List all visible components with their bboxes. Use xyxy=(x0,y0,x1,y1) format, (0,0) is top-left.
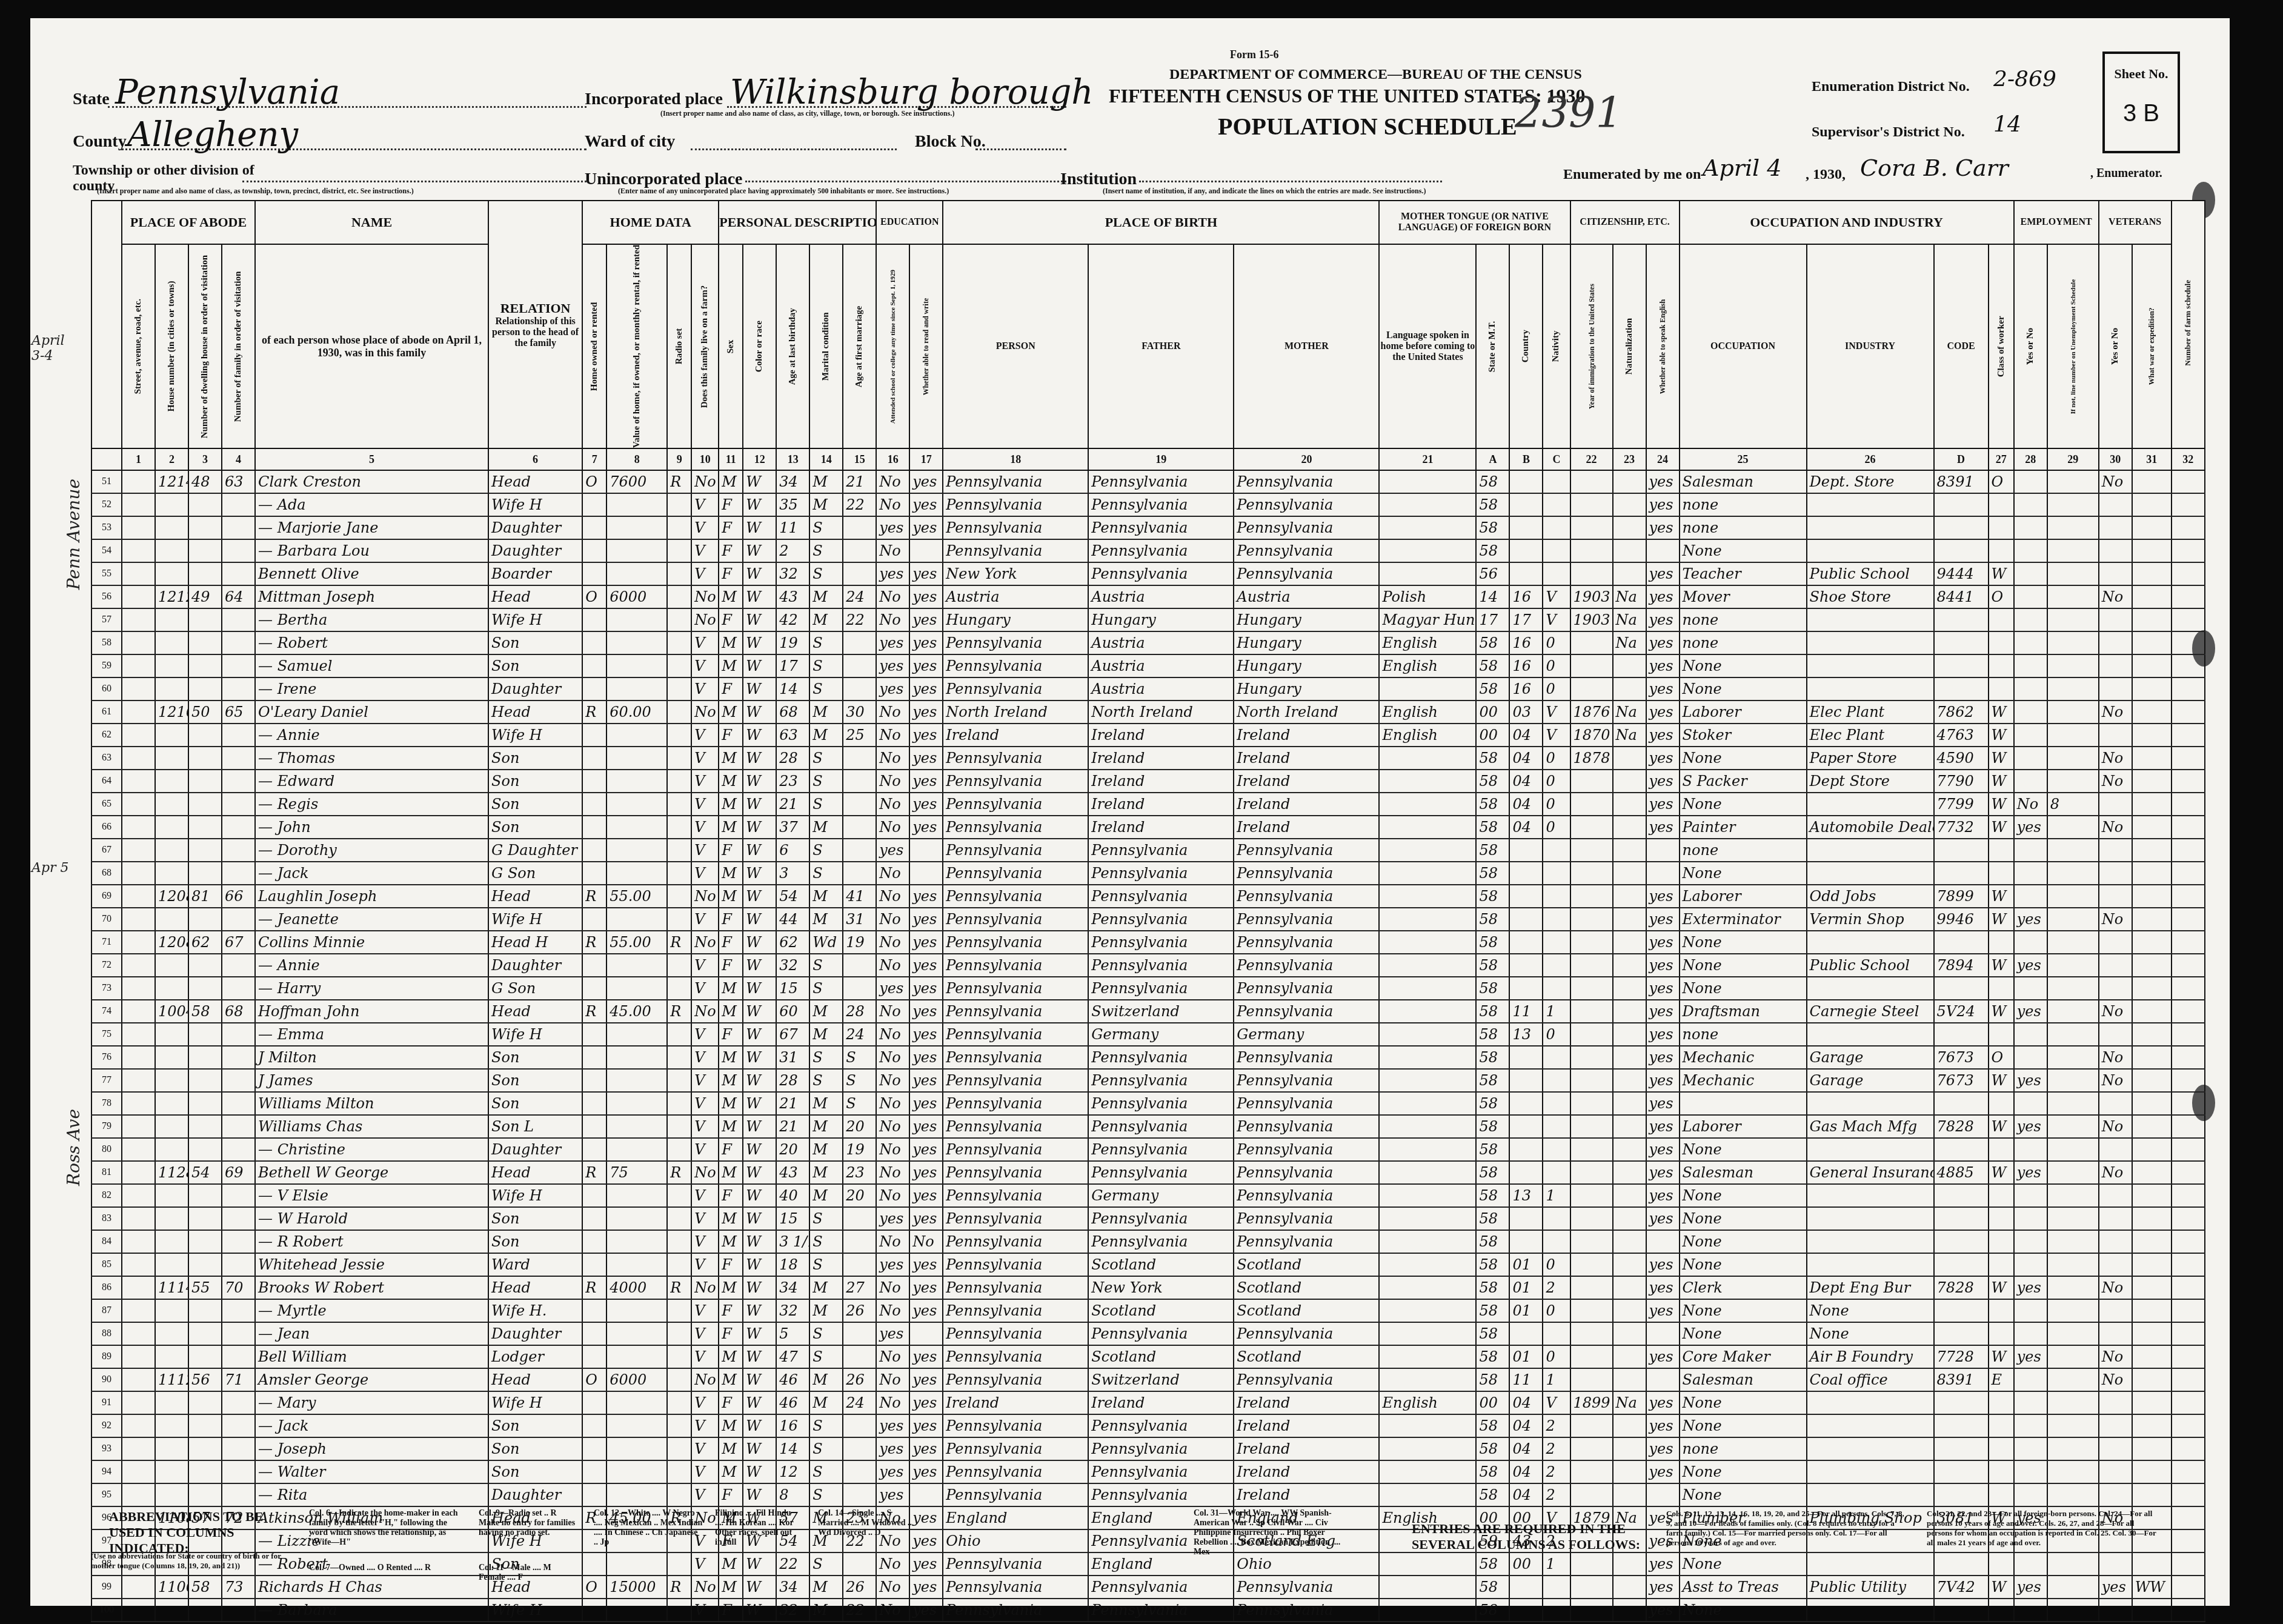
cell-industry: Carnegie Steel xyxy=(1807,1000,1934,1023)
ward-label: Ward of city xyxy=(585,132,675,151)
cell-house: 1208 xyxy=(155,931,188,954)
cell-bp-mother: Hungary xyxy=(1234,654,1379,677)
cell-tongue: English xyxy=(1379,701,1476,724)
cell-industry xyxy=(1807,1092,1934,1115)
cell-industry xyxy=(1807,631,1934,654)
cell-work xyxy=(2014,885,2047,908)
cell-read: yes xyxy=(909,1345,943,1368)
cell-war xyxy=(2132,1115,2172,1138)
cell-war xyxy=(2132,631,2172,654)
cell-house xyxy=(155,1437,188,1460)
col-value: Value of home, if owned, or monthly rent… xyxy=(606,244,667,448)
cell-radio xyxy=(667,1207,691,1230)
cell-code-a: 58 xyxy=(1476,1437,1509,1460)
cell-code-a: 58 xyxy=(1476,1299,1509,1322)
census-sheet: State Pennsylvania County Allegheny Town… xyxy=(30,18,2230,1606)
cell-immig xyxy=(1570,931,1613,954)
cell-race: W xyxy=(743,724,776,747)
cell-radio xyxy=(667,816,691,839)
cell-owned xyxy=(582,631,606,654)
cell-marital: M xyxy=(809,724,843,747)
cell-family xyxy=(222,1069,255,1092)
cell-dwelling xyxy=(188,1184,222,1207)
cell-street xyxy=(122,724,155,747)
cell-sex: M xyxy=(719,1046,743,1069)
cell-english: yes xyxy=(1646,585,1680,608)
group-occupation: OCCUPATION AND INDUSTRY xyxy=(1680,201,2014,244)
cell-vet: No xyxy=(2099,585,2132,608)
cell-relation: Son xyxy=(488,1092,582,1115)
cell-value xyxy=(606,1253,667,1276)
line-number: 75 xyxy=(91,1023,122,1046)
cell-relation: Ward xyxy=(488,1253,582,1276)
cell-bp-mother: Pennsylvania xyxy=(1234,516,1379,539)
cell-code-a: 58 xyxy=(1476,1230,1509,1253)
cell-code-d xyxy=(1934,1092,1989,1115)
cell-code-b: 04 xyxy=(1509,793,1543,816)
cell-age: 40 xyxy=(776,1184,809,1207)
cell-house xyxy=(155,608,188,631)
cell-age: 34 xyxy=(776,470,809,493)
column-number: 14 xyxy=(809,448,843,470)
cell-marital: S xyxy=(809,1414,843,1437)
cell-farm: V xyxy=(691,539,719,562)
cell-code-a: 58 xyxy=(1476,977,1509,1000)
cell-work: yes xyxy=(2014,1069,2047,1092)
cell-age: 43 xyxy=(776,585,809,608)
line-col-header xyxy=(91,201,122,448)
cell-class: W xyxy=(1989,793,2014,816)
cell-work xyxy=(2014,862,2047,885)
cell-code-d: 7790 xyxy=(1934,770,1989,793)
cell-english: yes xyxy=(1646,724,1680,747)
cell-bp-father: Pennsylvania xyxy=(1088,1230,1234,1253)
group-relation: RELATIONRelationship of this person to t… xyxy=(488,201,582,448)
cell-code-d xyxy=(1934,1253,1989,1276)
cell-marital: S xyxy=(809,977,843,1000)
cell-name: — Walter xyxy=(255,1460,488,1483)
cell-value xyxy=(606,1414,667,1437)
cell-occupation: Laborer xyxy=(1680,701,1807,724)
cell-race: W xyxy=(743,1207,776,1230)
cell-tongue xyxy=(1379,1345,1476,1368)
cell-relation: Daughter xyxy=(488,677,582,701)
cell-sex: F xyxy=(719,839,743,862)
cell-code-c: 1 xyxy=(1543,1000,1570,1023)
cell-read: yes xyxy=(909,1299,943,1322)
cell-age-marr xyxy=(843,747,876,770)
cell-vet xyxy=(2099,1391,2132,1414)
cell-sex: F xyxy=(719,1391,743,1414)
cell-work xyxy=(2014,1184,2047,1207)
cell-bp-father: Pennsylvania xyxy=(1088,1161,1234,1184)
table-row: 80— ChristineDaughterVFW20M19NoyesPennsy… xyxy=(91,1138,2229,1161)
cell-farm-sched xyxy=(2172,931,2205,954)
census-rows: 5112144863Clark CrestonHeadO7600RNoMW34M… xyxy=(91,470,2229,1622)
cell-read: yes xyxy=(909,1460,943,1483)
cell-value: 6000 xyxy=(606,585,667,608)
cell-dwelling xyxy=(188,516,222,539)
cell-class xyxy=(1989,1391,2014,1414)
cell-age-marr xyxy=(843,977,876,1000)
cell-code-c xyxy=(1543,539,1570,562)
line-number: 56 xyxy=(91,585,122,608)
cell-street xyxy=(122,885,155,908)
cell-immig xyxy=(1570,1092,1613,1115)
cell-house xyxy=(155,1184,188,1207)
line-number: 59 xyxy=(91,654,122,677)
cell-code-a: 58 xyxy=(1476,1161,1509,1184)
cell-family xyxy=(222,1207,255,1230)
cell-english: yes xyxy=(1646,516,1680,539)
cell-unemp xyxy=(2047,839,2099,862)
cell-bp-mother: Ireland xyxy=(1234,793,1379,816)
col-house: House number (in cities or towns) xyxy=(155,244,188,448)
cell-vet xyxy=(2099,1023,2132,1046)
cell-school: No xyxy=(876,1391,909,1414)
cell-code-d xyxy=(1934,1391,1989,1414)
cell-street xyxy=(122,608,155,631)
cell-bp-person: Pennsylvania xyxy=(943,839,1088,862)
table-row: 82— V ElsieWife HVFW40M20NoyesPennsylvan… xyxy=(91,1184,2229,1207)
cell-industry xyxy=(1807,1460,1934,1483)
col-street: Street, avenue, road, etc. xyxy=(122,244,155,448)
cell-code-b: 01 xyxy=(1509,1276,1543,1299)
cell-farm-sched xyxy=(2172,885,2205,908)
cell-immig xyxy=(1570,562,1613,585)
cell-occupation xyxy=(1680,1092,1807,1115)
cell-bp-mother: Hungary xyxy=(1234,608,1379,631)
cell-name: — Annie xyxy=(255,724,488,747)
cell-occupation: None xyxy=(1680,677,1807,701)
cell-street xyxy=(122,654,155,677)
cell-age: 28 xyxy=(776,747,809,770)
cell-farm: V xyxy=(691,631,719,654)
cell-marital: M xyxy=(809,1184,843,1207)
cell-code-d xyxy=(1934,1322,1989,1345)
cell-relation: Son xyxy=(488,793,582,816)
cell-unemp xyxy=(2047,1138,2099,1161)
margin-note-date-1: April 3-4 xyxy=(32,333,68,364)
cell-tongue xyxy=(1379,747,1476,770)
cell-family xyxy=(222,839,255,862)
cell-unemp xyxy=(2047,1000,2099,1023)
cell-radio xyxy=(667,562,691,585)
cell-vet: No xyxy=(2099,1115,2132,1138)
cell-relation: Daughter xyxy=(488,954,582,977)
cell-owned xyxy=(582,1046,606,1069)
cell-war xyxy=(2132,1345,2172,1368)
cell-tongue xyxy=(1379,1253,1476,1276)
cell-bp-mother: Pennsylvania xyxy=(1234,493,1379,516)
cell-sex: M xyxy=(719,654,743,677)
cell-vet: No xyxy=(2099,747,2132,770)
column-number: 7 xyxy=(582,448,606,470)
cell-read: yes xyxy=(909,1599,943,1622)
cell-industry xyxy=(1807,1138,1934,1161)
sheet-value: 3 B xyxy=(2105,100,2178,127)
cell-natur: Na xyxy=(1613,724,1646,747)
cell-bp-mother: Pennsylvania xyxy=(1234,1184,1379,1207)
cell-class: E xyxy=(1989,1368,2014,1391)
cell-farm: V xyxy=(691,654,719,677)
stamp-number: 2391 xyxy=(1515,88,1623,138)
cell-vet xyxy=(2099,793,2132,816)
cell-race: W xyxy=(743,1046,776,1069)
cell-vet xyxy=(2099,724,2132,747)
cell-farm-sched xyxy=(2172,539,2205,562)
cell-bp-father: Pennsylvania xyxy=(1088,539,1234,562)
sheet-label: Sheet No. xyxy=(2105,66,2178,82)
col-code-d: CODE xyxy=(1934,244,1989,448)
cell-bp-mother: Scotland xyxy=(1234,1276,1379,1299)
column-number: 22 xyxy=(1570,448,1613,470)
cell-bp-person: Ireland xyxy=(943,724,1088,747)
cell-name: Mittman Joseph xyxy=(255,585,488,608)
cell-farm-sched xyxy=(2172,1161,2205,1184)
cell-school: No xyxy=(876,747,909,770)
cell-dwelling xyxy=(188,1437,222,1460)
cell-occupation: None xyxy=(1680,793,1807,816)
cell-radio: R xyxy=(667,1161,691,1184)
col-tongue: Language spoken in home before coming to… xyxy=(1379,244,1476,448)
cell-sex: M xyxy=(719,585,743,608)
table-row: 91— MaryWife HVFW46M24NoyesIrelandIrelan… xyxy=(91,1391,2229,1414)
cell-unemp xyxy=(2047,1345,2099,1368)
cell-war xyxy=(2132,1322,2172,1345)
cell-immig xyxy=(1570,1184,1613,1207)
cell-read: yes xyxy=(909,1000,943,1023)
cell-age: 60 xyxy=(776,1000,809,1023)
cell-occupation: Mover xyxy=(1680,585,1807,608)
cell-dwelling: 49 xyxy=(188,585,222,608)
cell-unemp xyxy=(2047,1115,2099,1138)
cell-code-c xyxy=(1543,1322,1570,1345)
abbrev-note: (Use no abbreviations for State or count… xyxy=(91,1551,297,1571)
cell-bp-mother: Pennsylvania xyxy=(1234,1115,1379,1138)
cell-code-c xyxy=(1543,862,1570,885)
col-read: Whether able to read and write xyxy=(909,244,943,448)
cell-house xyxy=(155,747,188,770)
cell-relation: Wife H xyxy=(488,493,582,516)
cell-occupation: Laborer xyxy=(1680,885,1807,908)
cell-war xyxy=(2132,562,2172,585)
cell-farm: No xyxy=(691,608,719,631)
cell-tongue xyxy=(1379,1000,1476,1023)
cell-age-marr: 28 xyxy=(843,1000,876,1023)
cell-owned xyxy=(582,516,606,539)
ward-line xyxy=(691,148,897,150)
cell-bp-mother: Hungary xyxy=(1234,677,1379,701)
cell-farm-sched xyxy=(2172,1299,2205,1322)
cell-unemp xyxy=(2047,1253,2099,1276)
cell-natur xyxy=(1613,1161,1646,1184)
cell-english: yes xyxy=(1646,677,1680,701)
cell-industry xyxy=(1807,1414,1934,1437)
cell-house xyxy=(155,539,188,562)
cell-immig xyxy=(1570,1000,1613,1023)
column-number: 13 xyxy=(776,448,809,470)
cell-bp-person: Pennsylvania xyxy=(943,747,1088,770)
cell-industry: General Insurance Co xyxy=(1807,1161,1934,1184)
cell-radio xyxy=(667,1299,691,1322)
cell-relation: Head xyxy=(488,470,582,493)
line-number: 72 xyxy=(91,954,122,977)
cell-immig xyxy=(1570,1161,1613,1184)
cell-code-b xyxy=(1509,908,1543,931)
table-row: 59— SamuelSonVMW17SyesyesPennsylvaniaAus… xyxy=(91,654,2229,677)
table-row: 9011125671Amsler GeorgeHeadO6000NoMW46M2… xyxy=(91,1368,2229,1391)
cell-occupation: none xyxy=(1680,631,1807,654)
cell-value xyxy=(606,1599,667,1622)
cell-owned xyxy=(582,770,606,793)
cell-english: yes xyxy=(1646,1599,1680,1622)
cell-work xyxy=(2014,1391,2047,1414)
cell-marital: M xyxy=(809,1599,843,1622)
cell-bp-mother: Ireland xyxy=(1234,1414,1379,1437)
cell-english: yes xyxy=(1646,954,1680,977)
cell-sex: M xyxy=(719,793,743,816)
margin-note-date-2: Apr 5 xyxy=(32,860,68,876)
cell-age-marr: 26 xyxy=(843,1299,876,1322)
cell-work xyxy=(2014,493,2047,516)
cell-work: yes xyxy=(2014,1000,2047,1023)
cell-code-b: 04 xyxy=(1509,1437,1543,1460)
cell-english: yes xyxy=(1646,770,1680,793)
cell-relation: Lodger xyxy=(488,1345,582,1368)
cell-family xyxy=(222,1345,255,1368)
cell-bp-father: Pennsylvania xyxy=(1088,516,1234,539)
cell-unemp xyxy=(2047,1299,2099,1322)
cell-class xyxy=(1989,631,2014,654)
cell-work xyxy=(2014,931,2047,954)
cell-value xyxy=(606,1207,667,1230)
cell-name: — Mary xyxy=(255,1391,488,1414)
cell-race: W xyxy=(743,608,776,631)
cell-owned xyxy=(582,1391,606,1414)
cell-vet: No xyxy=(2099,1069,2132,1092)
cell-age: 6 xyxy=(776,839,809,862)
cell-value: 55.00 xyxy=(606,931,667,954)
cell-tongue xyxy=(1379,816,1476,839)
cell-bp-father: Pennsylvania xyxy=(1088,885,1234,908)
cell-radio xyxy=(667,1115,691,1138)
cell-tongue xyxy=(1379,1437,1476,1460)
cell-family xyxy=(222,1299,255,1322)
cell-code-b: 11 xyxy=(1509,1368,1543,1391)
cell-age-marr: 22 xyxy=(843,1599,876,1622)
cell-age-marr xyxy=(843,1345,876,1368)
cell-race: W xyxy=(743,1437,776,1460)
line-number: 78 xyxy=(91,1092,122,1115)
cell-vet xyxy=(2099,1460,2132,1483)
cell-occupation: None xyxy=(1680,1184,1807,1207)
cell-occupation: None xyxy=(1680,1391,1807,1414)
cell-relation: Son L xyxy=(488,1115,582,1138)
cell-vet xyxy=(2099,1322,2132,1345)
cell-unemp xyxy=(2047,977,2099,1000)
cell-unemp xyxy=(2047,585,2099,608)
cell-sex: F xyxy=(719,516,743,539)
cell-code-a: 58 xyxy=(1476,470,1509,493)
cell-work xyxy=(2014,1414,2047,1437)
cell-marital: M xyxy=(809,493,843,516)
cell-bp-father: Pennsylvania xyxy=(1088,862,1234,885)
cell-read: yes xyxy=(909,608,943,631)
cell-street xyxy=(122,1276,155,1299)
cell-farm: No xyxy=(691,1276,719,1299)
cell-farm-sched xyxy=(2172,1368,2205,1391)
cell-street xyxy=(122,470,155,493)
cell-value xyxy=(606,493,667,516)
cell-work xyxy=(2014,1138,2047,1161)
cell-war xyxy=(2132,770,2172,793)
cell-age: 54 xyxy=(776,885,809,908)
cell-code-a: 58 xyxy=(1476,1599,1509,1622)
cell-bp-father: Ireland xyxy=(1088,747,1234,770)
cell-house: 1210 xyxy=(155,701,188,724)
cell-age-marr: 24 xyxy=(843,1023,876,1046)
column-number: 10 xyxy=(691,448,719,470)
cell-bp-person: Pennsylvania xyxy=(943,1253,1088,1276)
cell-immig xyxy=(1570,885,1613,908)
cell-unemp xyxy=(2047,770,2099,793)
table-row: 73— HarryG SonVMW15SyesyesPennsylvaniaPe… xyxy=(91,977,2229,1000)
cell-age-marr: 24 xyxy=(843,1391,876,1414)
cell-relation: Son xyxy=(488,1207,582,1230)
col-bp-mother: MOTHER xyxy=(1234,244,1379,448)
cell-code-b: 04 xyxy=(1509,1391,1543,1414)
cell-owned xyxy=(582,493,606,516)
cell-unemp xyxy=(2047,470,2099,493)
cell-war xyxy=(2132,677,2172,701)
department: DEPARTMENT OF COMMERCE—BUREAU OF THE CEN… xyxy=(1169,67,1582,83)
cell-immig xyxy=(1570,1414,1613,1437)
cell-marital: S xyxy=(809,862,843,885)
cell-farm-sched xyxy=(2172,654,2205,677)
cell-farm-sched xyxy=(2172,1230,2205,1253)
cell-english: yes xyxy=(1646,747,1680,770)
cell-owned xyxy=(582,1599,606,1622)
line-number: 58 xyxy=(91,631,122,654)
cell-class: W xyxy=(1989,885,2014,908)
cell-radio xyxy=(667,608,691,631)
col-age: Age at last birthday xyxy=(776,244,809,448)
col-age-marriage: Age at first marriage xyxy=(843,244,876,448)
cell-code-d: 7673 xyxy=(1934,1046,1989,1069)
cell-code-b: 04 xyxy=(1509,1414,1543,1437)
cell-age: 14 xyxy=(776,677,809,701)
column-number: 31 xyxy=(2132,448,2172,470)
cell-name: — Christine xyxy=(255,1138,488,1161)
cell-relation: G Daughter xyxy=(488,839,582,862)
cell-english: yes xyxy=(1646,1414,1680,1437)
cell-code-d: 7828 xyxy=(1934,1276,1989,1299)
cell-house: 1214 xyxy=(155,470,188,493)
cell-vet xyxy=(2099,954,2132,977)
cell-immig xyxy=(1570,977,1613,1000)
cell-bp-father: Pennsylvania xyxy=(1088,1414,1234,1437)
cell-farm-sched xyxy=(2172,516,2205,539)
cell-farm-sched xyxy=(2172,747,2205,770)
cell-unemp xyxy=(2047,654,2099,677)
cell-bp-mother: North Ireland xyxy=(1234,701,1379,724)
cell-marital: S xyxy=(809,1207,843,1230)
table-row: 66— JohnSonVMW37MNoyesPennsylvaniaIrelan… xyxy=(91,816,2229,839)
cell-tongue xyxy=(1379,1115,1476,1138)
farm-schedule-label: Number of farm schedule xyxy=(2183,280,2193,366)
cell-race: W xyxy=(743,1000,776,1023)
